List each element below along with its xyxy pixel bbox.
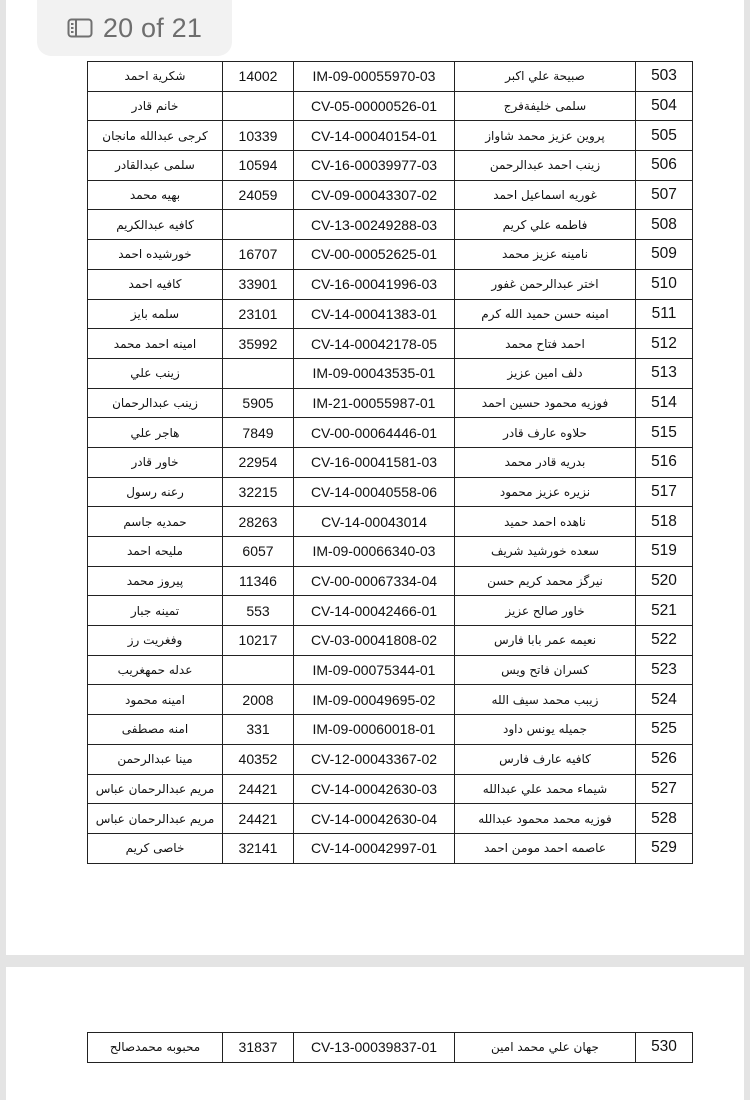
code-cell: 28263: [223, 507, 294, 537]
code-cell: 22954: [223, 447, 294, 477]
record-id-cell: CV-00-00064446-01: [294, 418, 455, 448]
table-row: زينب عليIM-09-00043535-01دلف امين عزيز51…: [88, 358, 693, 388]
guardian-name-cell: زينب عبدالرحمان: [88, 388, 223, 418]
code-cell: 24059: [223, 180, 294, 210]
guardian-name-cell: بهيه محمد: [88, 180, 223, 210]
code-cell: 331: [223, 715, 294, 745]
record-id-cell: CV-13-00039837-01: [294, 1033, 455, 1063]
person-name-cell: فوزيه محمد محمود عبدالله: [455, 804, 636, 834]
person-name-cell: زينب احمد عبدالرحمن: [455, 151, 636, 181]
record-id-cell: IM-09-00060018-01: [294, 715, 455, 745]
table-row: خانم قادرCV-05-00000526-01سلمى خليفةفرج5…: [88, 91, 693, 121]
row-number-cell: 517: [636, 477, 693, 507]
code-cell: 24421: [223, 804, 294, 834]
code-cell: 10217: [223, 626, 294, 656]
table-row: مريم عبدالرحمان عباس24421CV-14-00042630-…: [88, 804, 693, 834]
record-id-cell: CV-09-00043307-02: [294, 180, 455, 210]
guardian-name-cell: پيروز محمد: [88, 566, 223, 596]
guardian-name-cell: كافيه احمد: [88, 269, 223, 299]
code-cell: 10594: [223, 151, 294, 181]
table-row: كرجى عبدالله مانجان10339CV-14-00040154-0…: [88, 121, 693, 151]
record-id-cell: IM-09-00043535-01: [294, 358, 455, 388]
table-row: بهيه محمد24059CV-09-00043307-02غوريه اسم…: [88, 180, 693, 210]
table-row: خاور قادر22954CV-16-00041581-03بدريه قاد…: [88, 447, 693, 477]
record-id-cell: CV-14-00042630-03: [294, 774, 455, 804]
person-name-cell: سلمى خليفةفرج: [455, 91, 636, 121]
table-row: امنه مصطفى331IM-09-00060018-01جميله يونس…: [88, 715, 693, 745]
code-cell: [223, 210, 294, 240]
person-name-cell: بدريه قادر محمد: [455, 447, 636, 477]
table-row: سلمى عبدالقادر10594CV-16-00039977-03زينب…: [88, 151, 693, 181]
table-row: پيروز محمد11346CV-00-00067334-04نيرگز مح…: [88, 566, 693, 596]
person-name-cell: شيماء محمد علي عبدالله: [455, 774, 636, 804]
record-id-cell: CV-14-00042178-05: [294, 329, 455, 359]
table-row: امينه احمد محمد35992CV-14-00042178-05احم…: [88, 329, 693, 359]
person-name-cell: نعيمه عمر بابا فارس: [455, 626, 636, 656]
page-counter-label: 20 of 21: [103, 13, 202, 44]
person-name-cell: صبيحة علي اكبر: [455, 62, 636, 92]
person-name-cell: پروين عزيز محمد شاواز: [455, 121, 636, 151]
row-number-cell: 512: [636, 329, 693, 359]
person-name-cell: فوزيه محمود حسين احمد: [455, 388, 636, 418]
code-cell: 31837: [223, 1033, 294, 1063]
table-row: مريم عبدالرحمان عباس24421CV-14-00042630-…: [88, 774, 693, 804]
guardian-name-cell: هاجر علي: [88, 418, 223, 448]
row-number-cell: 509: [636, 240, 693, 270]
person-name-cell: فاطمه علي كريم: [455, 210, 636, 240]
row-number-cell: 524: [636, 685, 693, 715]
code-cell: 553: [223, 596, 294, 626]
guardian-name-cell: مريم عبدالرحمان عباس: [88, 804, 223, 834]
row-number-cell: 505: [636, 121, 693, 151]
code-cell: 7849: [223, 418, 294, 448]
record-id-cell: CV-12-00043367-02: [294, 744, 455, 774]
record-id-cell: CV-05-00000526-01: [294, 91, 455, 121]
guardian-name-cell: امينه محمود: [88, 685, 223, 715]
code-cell: 10339: [223, 121, 294, 151]
guardian-name-cell: رعنه رسول: [88, 477, 223, 507]
guardian-name-cell: خورشيده احمد: [88, 240, 223, 270]
code-cell: 5905: [223, 388, 294, 418]
table-row: وفغريت رز10217CV-03-00041808-02نعيمه عمر…: [88, 626, 693, 656]
person-name-cell: عاصمه احمد مومن احمد: [455, 833, 636, 863]
row-number-cell: 506: [636, 151, 693, 181]
row-number-cell: 508: [636, 210, 693, 240]
row-number-cell: 514: [636, 388, 693, 418]
code-cell: 14002: [223, 62, 294, 92]
guardian-name-cell: خانم قادر: [88, 91, 223, 121]
row-number-cell: 504: [636, 91, 693, 121]
row-number-cell: 515: [636, 418, 693, 448]
row-number-cell: 519: [636, 537, 693, 567]
guardian-name-cell: كافيه عبدالكريم: [88, 210, 223, 240]
row-number-cell: 503: [636, 62, 693, 92]
record-id-cell: CV-00-00067334-04: [294, 566, 455, 596]
person-name-cell: جميله يونس داود: [455, 715, 636, 745]
table-row: محبوبه محمدصالح31837CV-13-00039837-01جها…: [88, 1033, 693, 1063]
table-row: خورشيده احمد16707CV-00-00052625-01نامينه…: [88, 240, 693, 270]
records-table-page-21: محبوبه محمدصالح31837CV-13-00039837-01جها…: [87, 1032, 693, 1063]
row-number-cell: 529: [636, 833, 693, 863]
row-number-cell: 526: [636, 744, 693, 774]
guardian-name-cell: امنه مصطفى: [88, 715, 223, 745]
table-row: سلمه بايز23101CV-14-00041383-01امينه حسن…: [88, 299, 693, 329]
row-number-cell: 520: [636, 566, 693, 596]
table-row: حمديه جاسم28263CV-14-00043014ناهده احمد …: [88, 507, 693, 537]
table-row: رعنه رسول32215CV-14-00040558-06نزيره عزي…: [88, 477, 693, 507]
code-cell: 40352: [223, 744, 294, 774]
code-cell: [223, 91, 294, 121]
record-id-cell: CV-14-00042997-01: [294, 833, 455, 863]
guardian-name-cell: خاور قادر: [88, 447, 223, 477]
code-cell: 32141: [223, 833, 294, 863]
table-row: مليحه احمد6057IM-09-00066340-03سعده خورش…: [88, 537, 693, 567]
person-name-cell: نيرگز محمد كريم حسن: [455, 566, 636, 596]
guardian-name-cell: امينه احمد محمد: [88, 329, 223, 359]
person-name-cell: سعده خورشيد شريف: [455, 537, 636, 567]
record-id-cell: IM-09-00066340-03: [294, 537, 455, 567]
record-id-cell: CV-14-00042466-01: [294, 596, 455, 626]
table-row: شكرية احمد14002IM-09-00055970-03صبيحة عل…: [88, 62, 693, 92]
table-row: امينه محمود2008IM-09-00049695-02زيبب محم…: [88, 685, 693, 715]
person-name-cell: جهان علي محمد امين: [455, 1033, 636, 1063]
guardian-name-cell: سلمى عبدالقادر: [88, 151, 223, 181]
table-row: مينا عبدالرحمن40352CV-12-00043367-02كافي…: [88, 744, 693, 774]
row-number-cell: 510: [636, 269, 693, 299]
row-number-cell: 518: [636, 507, 693, 537]
record-id-cell: CV-14-00040154-01: [294, 121, 455, 151]
code-cell: [223, 358, 294, 388]
row-number-cell: 528: [636, 804, 693, 834]
table-row: كافيه احمد33901CV-16-00041996-03اختر عبد…: [88, 269, 693, 299]
person-name-cell: نامينه عزيز محمد: [455, 240, 636, 270]
table-row: تمينه جبار553CV-14-00042466-01خاور صالح …: [88, 596, 693, 626]
guardian-name-cell: تمينه جبار: [88, 596, 223, 626]
code-cell: 23101: [223, 299, 294, 329]
guardian-name-cell: مينا عبدالرحمن: [88, 744, 223, 774]
person-name-cell: حلاوه عارف قادر: [455, 418, 636, 448]
person-name-cell: كافيه عارف فارس: [455, 744, 636, 774]
table-row: كافيه عبدالكريمCV-13-00249288-03فاطمه عل…: [88, 210, 693, 240]
person-name-cell: خاور صالح عزيز: [455, 596, 636, 626]
person-name-cell: ناهده احمد حميد: [455, 507, 636, 537]
table-row: هاجر علي7849CV-00-00064446-01حلاوه عارف …: [88, 418, 693, 448]
guardian-name-cell: سلمه بايز: [88, 299, 223, 329]
code-cell: 35992: [223, 329, 294, 359]
code-cell: 24421: [223, 774, 294, 804]
record-id-cell: IM-09-00075344-01: [294, 655, 455, 685]
record-id-cell: CV-14-00043014: [294, 507, 455, 537]
record-id-cell: CV-16-00041581-03: [294, 447, 455, 477]
record-id-cell: IM-09-00055970-03: [294, 62, 455, 92]
code-cell: 11346: [223, 566, 294, 596]
record-id-cell: CV-14-00042630-04: [294, 804, 455, 834]
record-id-cell: CV-16-00041996-03: [294, 269, 455, 299]
guardian-name-cell: كرجى عبدالله مانجان: [88, 121, 223, 151]
guardian-name-cell: وفغريت رز: [88, 626, 223, 656]
code-cell: 33901: [223, 269, 294, 299]
person-name-cell: غوريه اسماعيل احمد: [455, 180, 636, 210]
row-number-cell: 525: [636, 715, 693, 745]
guardian-name-cell: مريم عبدالرحمان عباس: [88, 774, 223, 804]
person-name-cell: احمد فتاح محمد: [455, 329, 636, 359]
record-id-cell: CV-16-00039977-03: [294, 151, 455, 181]
record-id-cell: IM-21-00055987-01: [294, 388, 455, 418]
table-row: زينب عبدالرحمان5905IM-21-00055987-01فوزي…: [88, 388, 693, 418]
row-number-cell: 507: [636, 180, 693, 210]
guardian-name-cell: حمديه جاسم: [88, 507, 223, 537]
person-name-cell: زيبب محمد سيف الله: [455, 685, 636, 715]
record-id-cell: CV-03-00041808-02: [294, 626, 455, 656]
record-id-cell: CV-14-00040558-06: [294, 477, 455, 507]
row-number-cell: 530: [636, 1033, 693, 1063]
code-cell: 16707: [223, 240, 294, 270]
record-id-cell: CV-14-00041383-01: [294, 299, 455, 329]
row-number-cell: 516: [636, 447, 693, 477]
guardian-name-cell: زينب علي: [88, 358, 223, 388]
person-name-cell: اختر عبدالرحمن غفور: [455, 269, 636, 299]
code-cell: 2008: [223, 685, 294, 715]
row-number-cell: 513: [636, 358, 693, 388]
guardian-name-cell: مليحه احمد: [88, 537, 223, 567]
row-number-cell: 521: [636, 596, 693, 626]
code-cell: 6057: [223, 537, 294, 567]
row-number-cell: 522: [636, 626, 693, 656]
table-row: عدله حمهغريبIM-09-00075344-01كسران فاتح …: [88, 655, 693, 685]
sidebar-toggle-icon[interactable]: [67, 18, 93, 38]
page-counter-badge[interactable]: 20 of 21: [37, 0, 232, 56]
row-number-cell: 527: [636, 774, 693, 804]
code-cell: 32215: [223, 477, 294, 507]
row-number-cell: 523: [636, 655, 693, 685]
record-id-cell: IM-09-00049695-02: [294, 685, 455, 715]
person-name-cell: كسران فاتح ويس: [455, 655, 636, 685]
person-name-cell: نزيره عزيز محمود: [455, 477, 636, 507]
code-cell: [223, 655, 294, 685]
person-name-cell: دلف امين عزيز: [455, 358, 636, 388]
table-row: خاصى كريم32141CV-14-00042997-01عاصمه احم…: [88, 833, 693, 863]
guardian-name-cell: محبوبه محمدصالح: [88, 1033, 223, 1063]
guardian-name-cell: شكرية احمد: [88, 62, 223, 92]
record-id-cell: CV-00-00052625-01: [294, 240, 455, 270]
records-table-page-20: شكرية احمد14002IM-09-00055970-03صبيحة عل…: [87, 61, 693, 864]
guardian-name-cell: عدله حمهغريب: [88, 655, 223, 685]
record-id-cell: CV-13-00249288-03: [294, 210, 455, 240]
row-number-cell: 511: [636, 299, 693, 329]
person-name-cell: امينه حسن حميد الله كرم: [455, 299, 636, 329]
guardian-name-cell: خاصى كريم: [88, 833, 223, 863]
